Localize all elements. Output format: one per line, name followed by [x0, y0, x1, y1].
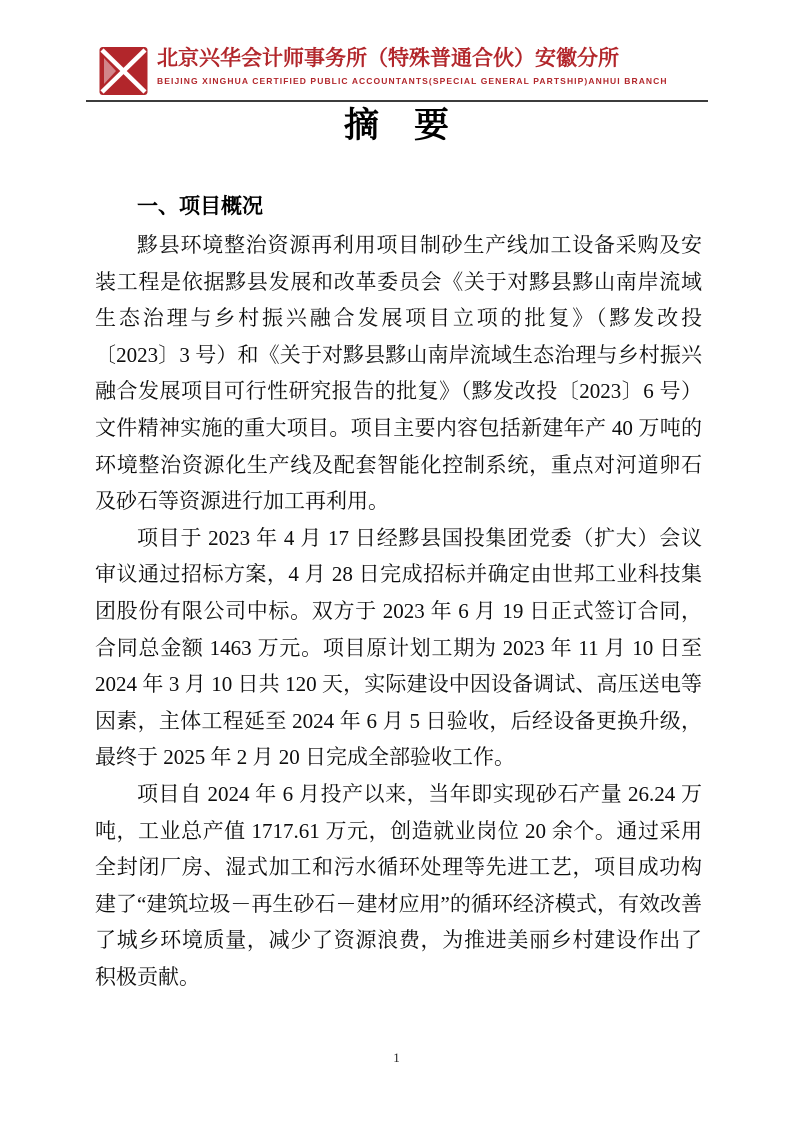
body-paragraph: 黟县环境整治资源再利用项目制砂生产线加工设备采购及安装工程是依据黟县发展和改革委… — [95, 227, 702, 520]
firm-name-cn: 北京兴华会计师事务所（特殊普通合伙）安徽分所 — [157, 46, 668, 72]
document-title: 摘 要 — [0, 98, 793, 148]
page-number: 1 — [0, 1050, 793, 1066]
xinghua-logo-icon — [99, 46, 148, 96]
letterhead-text: 北京兴华会计师事务所（特殊普通合伙）安徽分所 BEIJING XINGHUA C… — [157, 46, 668, 86]
letterhead: 北京兴华会计师事务所（特殊普通合伙）安徽分所 BEIJING XINGHUA C… — [99, 46, 668, 96]
firm-name-en: BEIJING XINGHUA CERTIFIED PUBLIC ACCOUNT… — [157, 76, 668, 86]
body-paragraph: 项目于 2023 年 4 月 17 日经黟县国投集团党委（扩大）会议审议通过招标… — [95, 520, 702, 776]
document-page: 北京兴华会计师事务所（特殊普通合伙）安徽分所 BEIJING XINGHUA C… — [0, 0, 793, 1122]
document-body: 黟县环境整治资源再利用项目制砂生产线加工设备采购及安装工程是依据黟县发展和改革委… — [95, 227, 702, 995]
section-heading: 一、项目概况 — [95, 190, 702, 220]
body-paragraph: 项目自 2024 年 6 月投产以来，当年即实现砂石产量 26.24 万吨，工业… — [95, 776, 702, 996]
